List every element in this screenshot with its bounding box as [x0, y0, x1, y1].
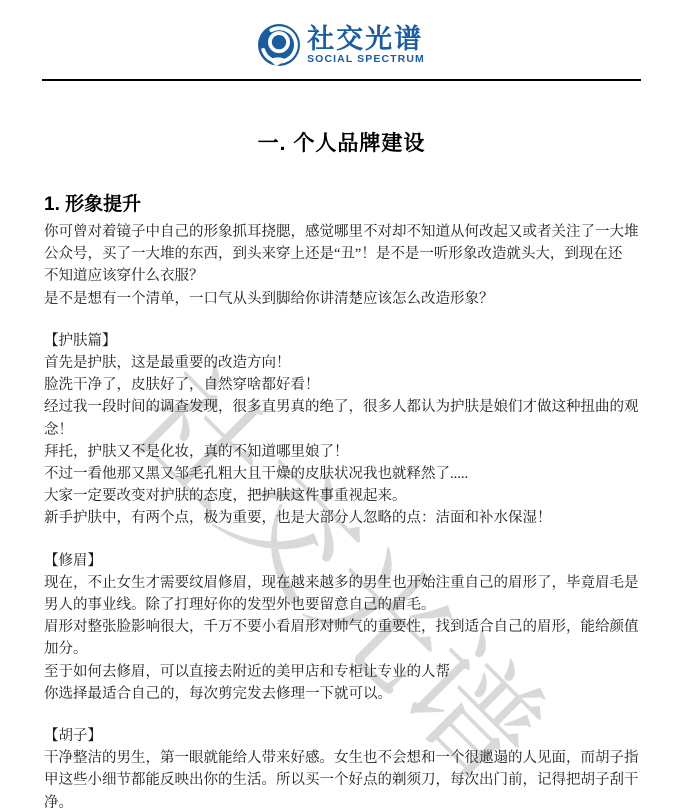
subsection-body: 现在，不止女生才需要纹眉修眉，现在越来越多的男生也开始注重自己的眉形了，毕竟眉毛… [44, 572, 640, 705]
subsection-body: 首先是护肤，这是最重要的改造方向！ 脸洗干净了，皮肤好了，自然穿啥都好看！ 经过… [44, 352, 640, 530]
subsection-tag: 【胡子】 [44, 725, 640, 747]
intro-paragraph: 你可曾对着镜子中自己的形象抓耳挠腮，感觉哪里不对却不知道从何改起又或者关注了一大… [44, 221, 640, 288]
document-header: 社交光谱 SOCIAL SPECTRUM [0, 0, 683, 81]
subsection-tag: 【修眉】 [44, 550, 640, 572]
section-heading: 1. 形象提升 [44, 193, 683, 217]
subsection-eyebrows: 【修眉】 现在，不止女生才需要纹眉修眉，现在越来越多的男生也开始注重自己的眉形了… [44, 550, 640, 705]
document-body: 你可曾对着镜子中自己的形象抓耳挠腮，感觉哪里不对却不知道从何改起又或者关注了一大… [44, 221, 640, 811]
brand-name-chinese: 社交光谱 [307, 25, 423, 53]
intro-paragraph: 是不是想有一个清单，一口气从头到脚给你讲清楚应该怎么改造形象？ [44, 288, 640, 310]
header-divider [42, 79, 641, 81]
brand-name: 社交光谱 SOCIAL SPECTRUM [307, 25, 425, 66]
subsection-skincare: 【护肤篇】 首先是护肤，这是最重要的改造方向！ 脸洗干净了，皮肤好了，自然穿啥都… [44, 330, 640, 530]
brand-name-english: SOCIAL SPECTRUM [307, 53, 425, 66]
document-page: 社交光谱 社交光谱 SOCIAL SPECTRUM 一. 个人品牌建设 1. 形… [0, 0, 683, 811]
brand-logo: 社交光谱 SOCIAL SPECTRUM [0, 0, 683, 66]
subsection-beard: 【胡子】 干净整洁的男生，第一眼就能给人带来好感。女生也不会想和一个很邋遢的人见… [44, 725, 640, 811]
subsection-body: 干净整洁的男生，第一眼就能给人带来好感。女生也不会想和一个很邋遢的人见面，而胡子… [44, 747, 640, 811]
document-title: 一. 个人品牌建设 [0, 131, 683, 157]
social-spectrum-logo-icon [258, 24, 300, 66]
subsection-tag: 【护肤篇】 [44, 330, 640, 352]
